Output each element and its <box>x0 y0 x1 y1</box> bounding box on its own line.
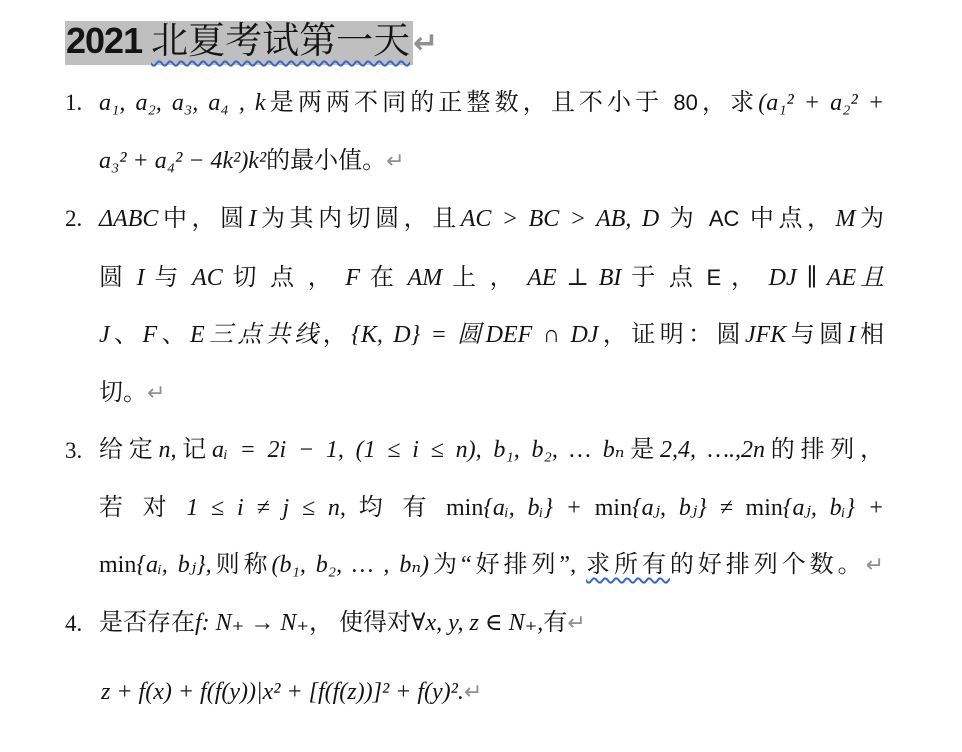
document-page: 2021 北夏考试第一天↵ 1.a₁, a₂, a₃, a₄ , k是两两不同的… <box>0 0 962 722</box>
text-segment: F <box>143 322 158 348</box>
text-line: a₁, a₂, a₃, a₄ , k是两两不同的正整数，且不小于 80，求(a₁… <box>99 74 884 133</box>
text-segment: 且 <box>856 265 884 291</box>
text-segment: 1 ≤ i ≠ j ≤ n, <box>186 495 346 521</box>
text-segment: 上 ， <box>442 265 527 291</box>
text-segment: 则称 <box>212 552 272 578</box>
text-line: min{aᵢ, bⱼ},则称(b₁, b₂, … , bₙ)为“好排列”, 求所… <box>99 537 884 595</box>
problem-lines: ΔABC中，圆I为其内切圆，且AC > BC > AB, D 为 AC 中点，M… <box>99 190 884 422</box>
text-line: 切。↵ <box>99 365 884 423</box>
text-segment: 三点共线 <box>205 322 323 348</box>
text-line: 给定n,记aᵢ = 2i − 1, (1 ≤ i ≤ n), b₁, b₂, …… <box>99 422 884 480</box>
text-segment: ， <box>721 265 768 291</box>
text-segment: 2,4, ….,2n <box>660 437 765 463</box>
text-segment: AC > BC > AB, D <box>461 206 660 232</box>
text-segment: AM <box>408 265 443 291</box>
text-line: J、F、E三点共线，{K, D} = 圆DEF ∩ DJ，证明：圆JFK与圆I相 <box>99 307 884 365</box>
problem-list: 1.a₁, a₂, a₃, a₄ , k是两两不同的正整数，且不小于 80，求(… <box>65 74 884 722</box>
problem-number: 4. <box>65 595 99 653</box>
text-segment: 给定 <box>99 437 159 463</box>
text-segment: 记 <box>177 437 213 463</box>
text-segment: J <box>99 322 110 348</box>
text-segment: F <box>345 265 360 291</box>
problem-lines: a₁, a₂, a₃, a₄ , k是两两不同的正整数，且不小于 80，求(a₁… <box>99 74 884 190</box>
text-segment: min <box>99 552 136 578</box>
text-line: z + f(x) + f(f(y))|x² + [f(f(z))]² + f(y… <box>99 664 884 722</box>
text-segment: ， <box>323 322 351 348</box>
text-segment: 中点， <box>739 206 835 232</box>
text-segment: I <box>249 206 257 232</box>
text-segment: 于 点 <box>621 265 706 291</box>
text-segment: ，求 <box>698 90 758 116</box>
text-segment: M <box>836 206 856 232</box>
text-segment: I <box>137 265 145 291</box>
text-segment: min <box>746 495 783 521</box>
text-segment: ， 使得对 <box>309 610 411 636</box>
text-segment: 切。 <box>99 380 147 406</box>
pilcrow-mark: ↵ <box>464 680 482 705</box>
title-text: 北夏考试第一天 <box>151 21 410 62</box>
text-segment: a₃² + a₄² − 4k²)k² <box>99 148 266 174</box>
text-segment: 为 <box>659 206 709 232</box>
text-segment: ΔABC <box>99 206 158 232</box>
text-segment: 为其内切圆，且 <box>257 206 461 232</box>
text-segment: 的排列， <box>765 437 884 463</box>
text-segment: AC <box>709 206 740 231</box>
pilcrow-mark: ↵ <box>413 26 438 61</box>
text-segment: 与 <box>145 265 192 291</box>
text-segment: 切 点 ， <box>223 265 346 291</box>
text-segment: 有 <box>543 610 567 636</box>
text-line: 若 对 1 ≤ i ≠ j ≤ n, 均 有 min{aᵢ, bᵢ} + min… <box>99 480 884 538</box>
text-segment: (b₁, b₂, … , bₙ) <box>272 552 430 578</box>
document-title: 2021 北夏考试第一天↵ <box>65 10 884 64</box>
text-line: a₃² + a₄² − 4k²)k²的最小值。↵ <box>99 133 884 191</box>
text-segment: aᵢ = 2i − 1, (1 ≤ i ≤ n), <box>212 437 482 463</box>
text-segment <box>482 437 494 463</box>
problem-number: 1. <box>65 74 99 132</box>
pilcrow-mark: ↵ <box>386 149 404 174</box>
text-segment: min <box>446 495 483 521</box>
problem-item: 3.给定n,记aᵢ = 2i − 1, (1 ≤ i ≤ n), b₁, b₂,… <box>65 422 884 595</box>
text-segment: {aᵢ, bⱼ}, <box>136 552 211 578</box>
text-segment: 为 <box>856 206 885 232</box>
pilcrow-mark: ↵ <box>567 611 585 636</box>
text-segment: n, <box>159 437 177 463</box>
text-line: 圆 I 与 AC 切 点 ， F 在 AM 上 ， AE ⊥ BI 于 点 E … <box>99 249 884 308</box>
text-segment: I <box>848 322 856 348</box>
title-year: 2021 <box>66 20 151 61</box>
text-segment: 的好排列个数。 <box>670 552 866 578</box>
text-segment: {aⱼ, bᵢ} + <box>783 495 884 521</box>
problem-lines: 给定n,记aᵢ = 2i − 1, (1 ≤ i ≤ n), b₁, b₂, …… <box>99 422 884 595</box>
text-segment: 在 <box>360 265 407 291</box>
text-line: 是否存在f: N₊ → N₊， 使得对∀x, y, z ∈ N₊,有↵ <box>99 595 884 653</box>
text-segment: 是两两不同的正整数，且不小于 <box>266 90 674 116</box>
text-segment: 的最小值。 <box>266 148 386 174</box>
text-segment: E <box>190 322 205 348</box>
text-segment: 均 有 <box>346 495 446 521</box>
text-segment: 相 <box>856 322 884 348</box>
title-highlight: 2021 北夏考试第一天 <box>65 21 413 65</box>
text-segment: min <box>595 495 632 521</box>
text-segment: a₁, a₂, a₃, a₄ , k <box>99 90 266 116</box>
text-segment: 中，圆 <box>158 206 248 232</box>
text-segment: {aᵢ, bᵢ} + <box>483 495 594 521</box>
text-segment: 圆 <box>457 322 485 348</box>
problem-number: 2. <box>65 190 99 248</box>
text-segment: AC <box>192 265 223 291</box>
text-segment: ，证明：圆 <box>598 322 745 348</box>
text-segment: f: N₊ → N₊ <box>195 610 309 636</box>
pilcrow-mark: ↵ <box>147 381 165 406</box>
pilcrow-mark: ↵ <box>866 553 884 578</box>
text-segment: 80 <box>673 90 697 115</box>
text-segment: z + f(x) + f(f(y))|x² + [f(f(z))]² + f(y… <box>101 679 464 705</box>
text-segment: 与圆 <box>786 322 847 348</box>
text-segment: 圆 <box>99 265 137 291</box>
text-segment: {aⱼ, bⱼ} ≠ <box>632 495 745 521</box>
problem-item: 1.a₁, a₂, a₃, a₄ , k是两两不同的正整数，且不小于 80，求(… <box>65 74 884 190</box>
text-segment: DEF ∩ DJ <box>486 322 599 348</box>
text-segment: DJ ∥ AE <box>769 265 857 291</box>
text-segment: 是否存在 <box>99 610 195 636</box>
text-segment: 是 <box>624 437 660 463</box>
text-segment: JFK <box>745 322 786 348</box>
text-segment: AE ⊥ BI <box>527 265 621 291</box>
text-segment: (a₁² + a₂² + <box>758 90 884 116</box>
problem-lines: 是否存在f: N₊ → N₊， 使得对∀x, y, z ∈ N₊,有↵z + f… <box>99 595 884 722</box>
problem-item: 2.ΔABC中，圆I为其内切圆，且AC > BC > AB, D 为 AC 中点… <box>65 190 884 422</box>
text-segment: 若 对 <box>99 495 186 521</box>
text-segment: 为“好排列”, <box>429 552 586 578</box>
text-segment: 、 <box>157 322 190 348</box>
problem-item: 4.是否存在f: N₊ → N₊， 使得对∀x, y, z ∈ N₊,有↵z +… <box>65 595 884 722</box>
text-line: ΔABC中，圆I为其内切圆，且AC > BC > AB, D 为 AC 中点，M… <box>99 190 884 249</box>
problem-number: 3. <box>65 422 99 480</box>
text-segment: b₁, b₂, … bₙ <box>493 437 624 463</box>
text-segment: {K, D} = <box>351 322 457 348</box>
text-segment: E <box>706 265 721 290</box>
text-segment: 、 <box>110 322 143 348</box>
text-segment: ∀x, y, z ∈ N₊, <box>411 610 543 636</box>
text-segment: 求所有 <box>586 552 670 578</box>
